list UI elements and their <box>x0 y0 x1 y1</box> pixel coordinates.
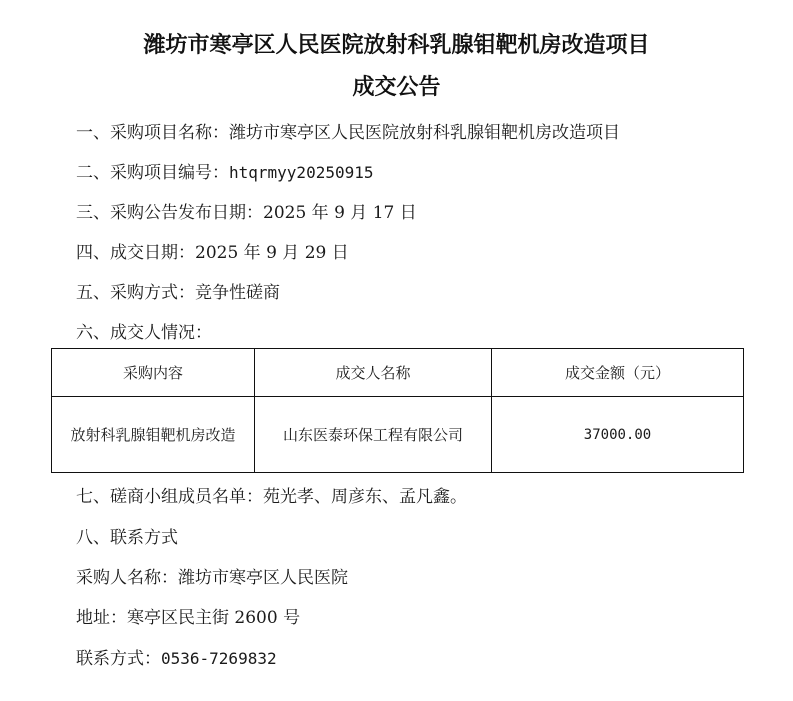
winner-info-heading: 六、成交人情况： <box>76 322 212 344</box>
procurement-method-line: 五、采购方式：竞争性磋商 <box>76 282 280 304</box>
purchaser-value: 潍坊市寒亭区人民医院 <box>178 568 348 588</box>
deal-date-line: 四、成交日期：2025 年 9 月 29 日 <box>76 242 349 264</box>
table-header-row: 采购内容 成交人名称 成交金额（元） <box>52 349 744 397</box>
phone-line: 联系方式：0536-7269832 <box>76 648 277 670</box>
address-label: 地址： <box>76 608 127 628</box>
header-deal-amount: 成交金额（元） <box>492 349 744 397</box>
deal-date-label: 四、成交日期： <box>76 243 195 263</box>
project-name-value: 潍坊市寒亭区人民医院放射科乳腺钼靶机房改造项目 <box>229 123 620 143</box>
cell-winner-name: 山东医泰环保工程有限公司 <box>255 397 492 473</box>
procurement-method-label: 五、采购方式： <box>76 283 195 303</box>
project-name-line: 一、采购项目名称：潍坊市寒亭区人民医院放射科乳腺钼靶机房改造项目 <box>76 122 620 144</box>
announcement-date-line: 三、采购公告发布日期：2025 年 9 月 17 日 <box>76 202 417 224</box>
contact-heading: 八、联系方式 <box>76 527 178 549</box>
contact-label: 八、联系方式 <box>76 528 178 548</box>
procurement-method-value: 竞争性磋商 <box>195 283 280 303</box>
cell-deal-amount: 37000.00 <box>492 397 744 473</box>
header-winner-name: 成交人名称 <box>255 349 492 397</box>
purchaser-line: 采购人名称：潍坊市寒亭区人民医院 <box>76 567 348 589</box>
project-number-value: htqrmyy20250915 <box>229 163 374 182</box>
deal-date-value: 2025 年 9 月 29 日 <box>195 243 349 263</box>
panel-members-label: 七、磋商小组成员名单： <box>76 487 263 507</box>
project-name-label: 一、采购项目名称： <box>76 123 229 143</box>
announcement-date-value: 2025 年 9 月 17 日 <box>263 203 417 223</box>
panel-members-value: 苑光孝、周彦东、孟凡鑫。 <box>263 487 467 507</box>
project-number-line: 二、采购项目编号：htqrmyy20250915 <box>76 162 374 184</box>
panel-members-line: 七、磋商小组成员名单：苑光孝、周彦东、孟凡鑫。 <box>76 486 467 508</box>
address-value: 寒亭区民主街 2600 号 <box>127 608 300 628</box>
header-procurement-content: 采购内容 <box>52 349 255 397</box>
phone-label: 联系方式： <box>76 649 161 669</box>
project-number-label: 二、采购项目编号： <box>76 163 229 183</box>
purchaser-label: 采购人名称： <box>76 568 178 588</box>
announcement-date-label: 三、采购公告发布日期： <box>76 203 263 223</box>
table-row: 放射科乳腺钼靶机房改造 山东医泰环保工程有限公司 37000.00 <box>52 397 744 473</box>
winner-info-label: 六、成交人情况： <box>76 323 212 343</box>
document-subtitle: 成交公告 <box>0 74 793 100</box>
phone-value: 0536-7269832 <box>161 649 277 668</box>
document-title: 潍坊市寒亭区人民医院放射科乳腺钼靶机房改造项目 <box>0 32 793 58</box>
cell-procurement-content: 放射科乳腺钼靶机房改造 <box>52 397 255 473</box>
winner-table: 采购内容 成交人名称 成交金额（元） 放射科乳腺钼靶机房改造 山东医泰环保工程有… <box>51 348 744 473</box>
address-line: 地址：寒亭区民主街 2600 号 <box>76 607 300 629</box>
